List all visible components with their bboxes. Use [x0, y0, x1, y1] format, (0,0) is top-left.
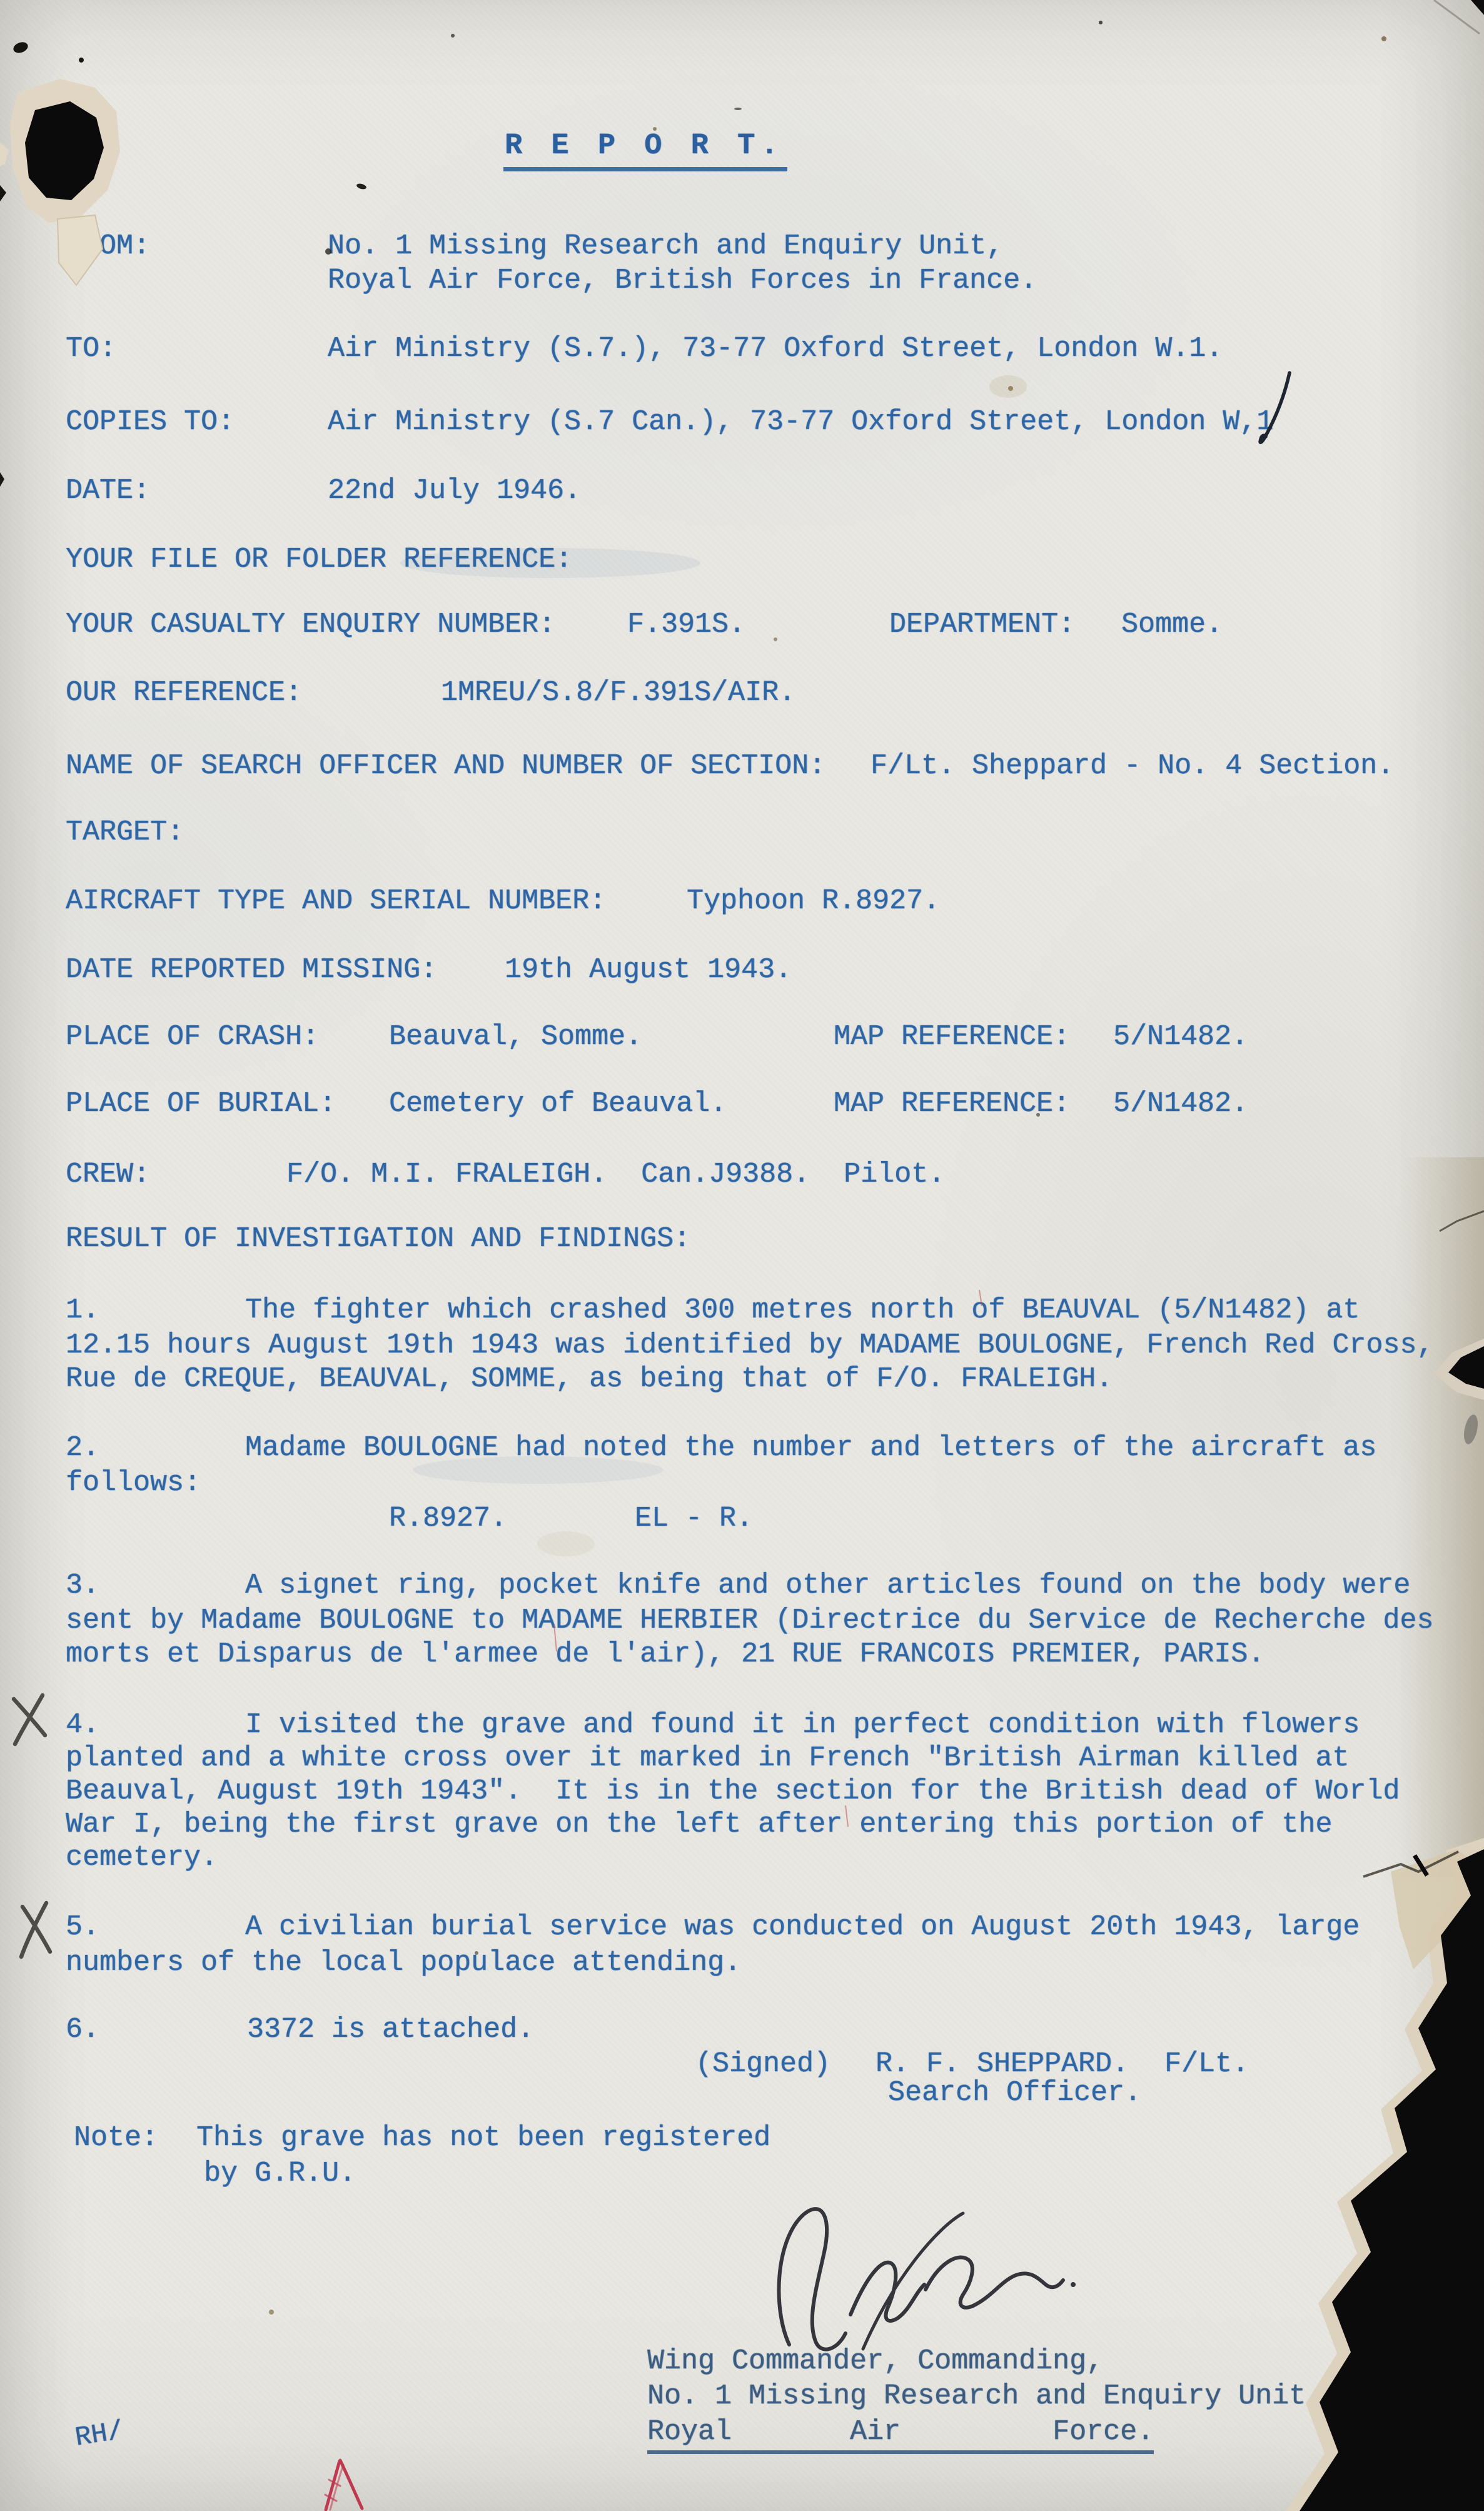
- from-value-line2: Royal Air Force, British Forces in Franc…: [328, 263, 1037, 298]
- para6-line1: 3372 is attached.: [247, 2012, 534, 2047]
- note-label: Note:: [74, 2121, 158, 2155]
- from-label: FROM:: [66, 229, 150, 263]
- para5-line2: numbers of the local populace attending.: [66, 1945, 741, 1980]
- para2-line2: follows:: [66, 1466, 201, 1500]
- commander-line2: No. 1 Missing Research and Enquiry Unit,: [647, 2379, 1323, 2413]
- para4-line2: planted and a white cross over it marked…: [66, 1741, 1349, 1775]
- to-value: Air Ministry (S.7.), 73-77 Oxford Street…: [328, 332, 1223, 366]
- para4-line4: War I, being the first grave on the left…: [66, 1807, 1332, 1842]
- commander-line1: Wing Commander, Commanding,: [647, 2344, 1103, 2378]
- para1-line2: 12.15 hours August 19th 1943 was identif…: [66, 1328, 1433, 1362]
- para2-number: 2.: [66, 1431, 99, 1465]
- aircraft-label: AIRCRAFT TYPE AND SERIAL NUMBER:: [66, 884, 606, 918]
- our-reference-value: 1MREU/S.8/F.391S/AIR.: [441, 676, 795, 710]
- crash-map-value: 5/N1482.: [1113, 1020, 1248, 1054]
- our-reference-label: OUR REFERENCE:: [66, 676, 302, 710]
- date-label: DATE:: [66, 474, 150, 508]
- para4-line5: cemetery.: [66, 1840, 218, 1875]
- para1-line3: Rue de CREQUE, BEAUVAL, SOMME, as being …: [66, 1362, 1113, 1396]
- file-reference-label: YOUR FILE OR FOLDER REFERENCE:: [66, 542, 572, 577]
- search-officer-value: F/Lt. Sheppard - No. 4 Section.: [871, 749, 1394, 783]
- note-line2: by G.R.U.: [204, 2156, 356, 2191]
- result-heading: RESULT OF INVESTIGATION AND FINDINGS:: [66, 1222, 690, 1256]
- para6-number: 6.: [66, 2012, 99, 2047]
- signed-title: Search Officer.: [888, 2076, 1141, 2110]
- search-officer-label: NAME OF SEARCH OFFICER AND NUMBER OF SEC…: [66, 749, 825, 783]
- aircraft-letters: EL - R.: [635, 1501, 753, 1536]
- copies-to-value: Air Ministry (S.7 Can.), 73-77 Oxford St…: [328, 405, 1273, 439]
- para5-number: 5.: [66, 1910, 99, 1944]
- para5-line1: A civilian burial service was conducted …: [245, 1910, 1360, 1944]
- para3-line3: morts et Disparus de l'armee de l'air), …: [66, 1637, 1264, 1671]
- report-title: R E P O R T.: [503, 129, 787, 171]
- para4-number: 4.: [66, 1708, 99, 1742]
- crash-map-label: MAP REFERENCE:: [834, 1020, 1070, 1054]
- para3-number: 3.: [66, 1568, 99, 1603]
- para4-line3: Beauval, August 19th 1943". It is in the…: [66, 1774, 1400, 1808]
- crew-label: CREW:: [66, 1157, 150, 1192]
- para2-line1: Madame BOULOGNE had noted the number and…: [245, 1431, 1376, 1465]
- para3-line2: sent by Madame BOULOGNE to MADAME HERBIE…: [66, 1603, 1433, 1638]
- para1-number: 1.: [66, 1293, 99, 1327]
- burial-place-label: PLACE OF BURIAL:: [66, 1087, 336, 1121]
- target-label: TARGET:: [66, 815, 184, 850]
- note-line1: This grave has not been registered: [196, 2121, 770, 2155]
- date-value: 22nd July 1946.: [328, 474, 581, 508]
- crash-place-label: PLACE OF CRASH:: [66, 1020, 319, 1054]
- para1-line1: The fighter which crashed 300 metres nor…: [245, 1293, 1360, 1327]
- para3-line1: A signet ring, pocket knife and other ar…: [245, 1568, 1410, 1603]
- date-missing-label: DATE REPORTED MISSING:: [66, 953, 437, 987]
- crew-value: F/O. M.I. FRALEIGH. Can.J9388. Pilot.: [286, 1157, 945, 1192]
- signed-rank: F/Lt.: [1164, 2047, 1249, 2081]
- to-label: TO:: [66, 332, 116, 366]
- department-label: DEPARTMENT:: [889, 607, 1075, 642]
- para4-line1: I visited the grave and found it in perf…: [245, 1708, 1360, 1742]
- commander-line3: Royal Air Force.: [647, 2415, 1154, 2454]
- aircraft-serial: R.8927.: [389, 1501, 507, 1536]
- burial-place-value: Cemetery of Beauval.: [389, 1087, 727, 1121]
- burial-map-label: MAP REFERENCE:: [834, 1087, 1070, 1121]
- aircraft-value: Typhoon R.8927.: [687, 884, 940, 918]
- scanned-report-screenshot: R E P O R T. FROM: No. 1 Missing Researc…: [0, 0, 1484, 2511]
- signed-label: (Signed): [695, 2047, 830, 2081]
- from-value-line1: No. 1 Missing Research and Enquiry Unit,: [328, 229, 1003, 263]
- date-missing-value: 19th August 1943.: [505, 953, 792, 987]
- crash-place-value: Beauval, Somme.: [389, 1020, 642, 1054]
- burial-map-value: 5/N1482.: [1113, 1087, 1248, 1121]
- casualty-enquiry-label: YOUR CASUALTY ENQUIRY NUMBER:: [66, 607, 555, 642]
- casualty-enquiry-value: F.391S.: [627, 607, 745, 642]
- copies-to-label: COPIES TO:: [66, 405, 235, 439]
- department-value: Somme.: [1121, 607, 1223, 642]
